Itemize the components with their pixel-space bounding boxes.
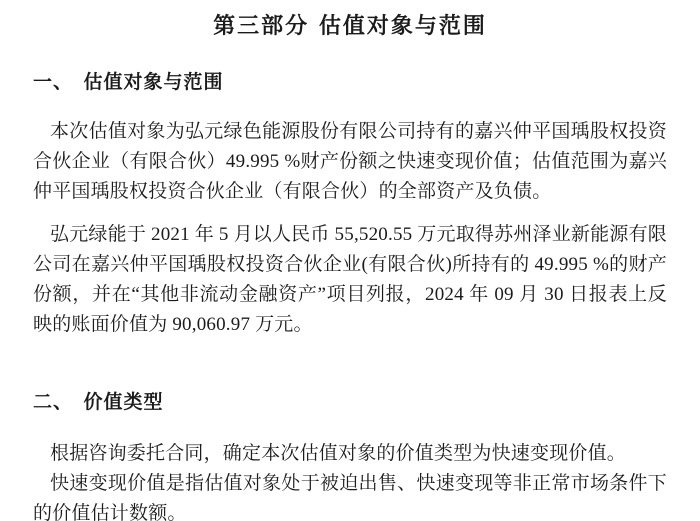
paragraph-valuation-object: 本次估值对象为弘元绿色能源股份有限公司持有的嘉兴仲平国瑀股权投资合伙企业（有限合…: [33, 117, 667, 207]
section-valuation-object-and-scope: 一、 估值对象与范围 本次估值对象为弘元绿色能源股份有限公司持有的嘉兴仲平国瑀股…: [33, 70, 667, 340]
paragraph-acquisition-detail: 弘元绿能于 2021 年 5 月以人民币 55,520.55 万元取得苏州泽业新…: [33, 220, 667, 340]
paragraph-quick-realization-definition: 快速变现价值是指估值对象处于被迫出售、快速变现等非正常市场条件下的价值估计数额。: [33, 469, 667, 521]
page-title: 第三部分 估值对象与范围: [33, 12, 667, 42]
section-heading-valuation-object: 一、 估值对象与范围: [33, 70, 667, 96]
paragraph-value-type-definition: 根据咨询委托合同，确定本次估值对象的价值类型为快速变现价值。: [33, 439, 667, 469]
section-value-type: 二、 价值类型 根据咨询委托合同，确定本次估值对象的价值类型为快速变现价值。 快…: [33, 390, 667, 521]
section-heading-value-type: 二、 价值类型: [33, 390, 667, 416]
document-page: 第三部分 估值对象与范围 一、 估值对象与范围 本次估值对象为弘元绿色能源股份有…: [0, 0, 700, 521]
